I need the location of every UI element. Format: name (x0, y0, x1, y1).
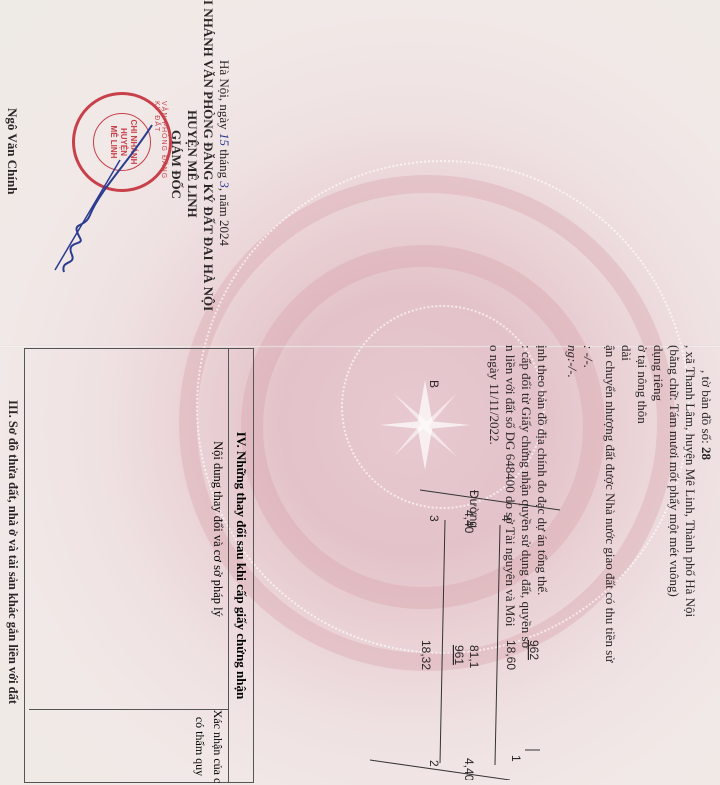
area-words-line: (bằng chữ: Tám mươi mốt phẩy một mét vuô… (666, 345, 682, 597)
edge-1-2: 4,40 (462, 758, 476, 780)
dash-line-1: : -/-. (580, 345, 596, 368)
north-arrow-label: B (427, 380, 441, 388)
place-date: Hà Nội, ngày 15 tháng 3, năm 2024 (216, 60, 232, 246)
use-form-line: dụng riêng (650, 345, 666, 401)
handwritten-signature (50, 120, 160, 280)
origin-line: ận chuyển nhượng đất được Nhà nước giao … (602, 345, 618, 662)
parcel-area: 81,1 (467, 645, 481, 669)
point-3-label: 3 (427, 515, 441, 522)
edge-4-1: 18,60 (504, 640, 518, 670)
term-line: dài (618, 345, 634, 361)
road-label: Đường (467, 490, 481, 528)
certificate-page: , tờ bản đồ số: 28 , xã Thanh Lâm, huyện… (0, 0, 720, 785)
authority-confirmation-column: Xác nhận của c có thẩm quy (29, 709, 229, 784)
address-line: , xã Thanh Lâm, huyện Mê Linh, Thành phố… (682, 345, 698, 617)
changes-content-column: Nội dung thay đổi và cơ sở pháp lý (29, 349, 229, 710)
column-header-content: Nội dung thay đổi và cơ sở pháp lý (210, 349, 225, 709)
column-header-authority-2: có thẩm quy (193, 709, 207, 784)
point-1-label: 1 (509, 755, 523, 762)
use-purpose-line: ở tại nông thôn (634, 345, 650, 424)
map-sheet-line: , tờ bản đồ số: 28 (698, 370, 714, 460)
neighbor-parcel: 962 (527, 640, 541, 660)
section-4-title: IV. Những thay đổi sau khi cấp giấy chứn… (228, 349, 253, 782)
point-4-label: 4 (499, 515, 513, 522)
issuing-district: HUYỆN MÊ LINH (184, 110, 200, 218)
changes-table: IV. Những thay đổi sau khi cấp giấy chứn… (24, 348, 254, 783)
signer-name: Ngô Văn Chính (4, 108, 20, 194)
edge-2-3: 18,32 (419, 640, 433, 670)
parcel-number: 961 (452, 645, 466, 665)
issuing-org: I NHÁNH VĂN PHÒNG ĐĂNG KÝ ĐẤT ĐAI HÀ NỘI (200, 0, 216, 311)
section-3-title: III. Sơ đồ thửa đất, nhà ở và tài sản kh… (4, 400, 20, 704)
column-header-authority-1: Xác nhận của c (211, 709, 225, 784)
point-2-label: 2 (427, 760, 441, 767)
parcel-diagram: 1 2 3 4 4,40 18,32 4,40 18,60 961 81,1 9… (270, 340, 570, 780)
